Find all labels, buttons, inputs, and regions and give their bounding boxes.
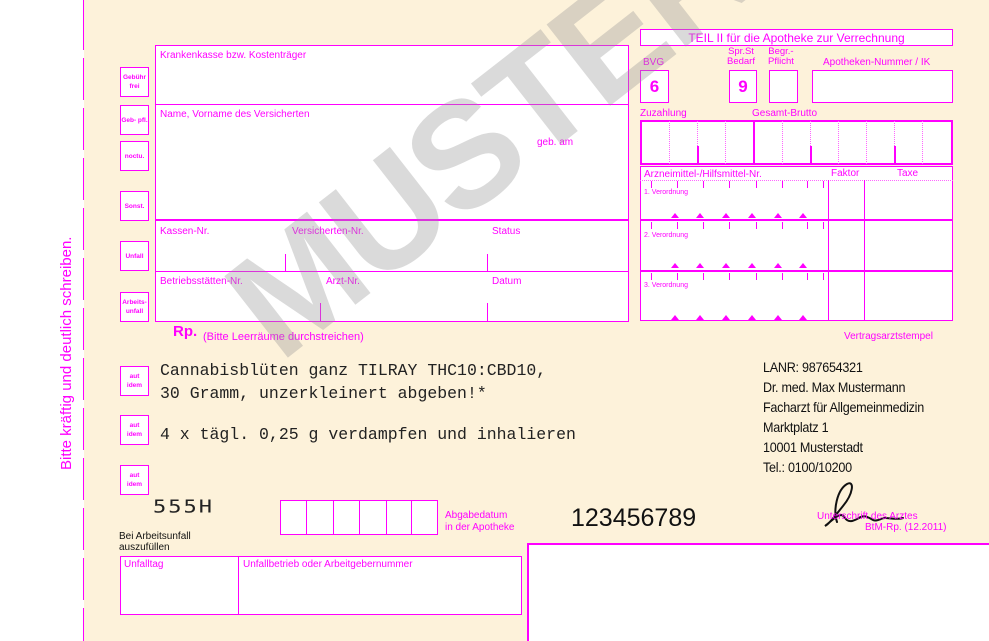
perforation-line [83,58,84,100]
verordnung-2-field[interactable]: 2. Verordnung [644,232,688,239]
perforation-line [83,458,84,500]
zuzahlung-label: Zuzahlung [640,108,687,119]
divider [729,181,730,188]
divider [697,146,699,164]
divider [359,500,360,535]
divider [487,254,488,271]
insurer-field[interactable]: Krankenkasse bzw. Kostenträger [160,50,306,61]
perforation-line [83,508,84,550]
marker [799,263,807,268]
checkbox-unfall[interactable]: Unfall [120,241,149,271]
divider [640,180,953,181]
checkbox-gebuehr-frei[interactable]: Gebühr frei [120,67,149,97]
divider [807,222,808,229]
divider [810,146,812,164]
rx-line-1: Cannabisblüten ganz TILRAY THC10:CBD10, [160,361,546,380]
form-version: BtM-Rp. (12.2011) [865,522,947,533]
divider [866,121,867,164]
divider [823,222,824,229]
marker [774,213,782,218]
datum-field[interactable]: Datum [492,276,521,287]
arzt-nr-field[interactable]: Arzt-Nr. [326,276,360,287]
divider [487,303,488,322]
dob-label: geb. am [537,137,573,148]
divider [320,303,321,322]
marker [696,263,704,268]
pharmacy-section-title: TEIL II für die Apotheke zur Verrechnung [640,29,953,46]
kassen-nr-field[interactable]: Kassen-Nr. [160,226,209,237]
versicherten-nr-field[interactable]: Versicherten-Nr. [292,226,364,237]
rx-label: Rp. [173,323,197,340]
arbeitsunfall-note: Bei Arbeitsunfall auszufüllen [119,531,191,553]
divider [729,222,730,229]
rx-line-3: 4 x tägl. 0,25 g verdampfen und inhalier… [160,425,576,444]
checkbox-sonst[interactable]: Sonst. [120,191,149,221]
perforation-line [83,358,84,400]
divider [411,500,412,535]
perforation-line [83,258,84,300]
unfalltag-field[interactable]: Unfalltag [124,559,163,570]
apotheken-nr-label: Apotheken-Nummer / IK [823,57,930,68]
begr-pflicht-label: Begr.- Pflicht [768,47,794,67]
unfallbetrieb-field[interactable]: Unfallbetrieb oder Arbeitgebernummer [243,559,413,570]
divider [823,181,824,188]
abgabedatum-label: Abgabedatum in der Apotheke [445,510,515,534]
divider [864,180,865,321]
divider [669,121,670,164]
side-instruction: Bitte kräftig und deutlich schreiben. [58,237,75,470]
divider [756,181,757,188]
divider [756,273,757,280]
divider [703,273,704,280]
stamp-specialty: Facharzt für Allgemeinmedizin [763,397,924,417]
stamp-lanr: LANR: 987654321 [763,357,924,377]
divider [703,181,704,188]
bvg-label: BVG [643,57,664,68]
divider [640,270,953,272]
stamp-street: Marktplatz 1 [763,417,924,437]
rx-line-2: 30 Gramm, unzerkleinert abgeben!* [160,384,487,403]
taxe-label: Taxe [897,168,918,179]
perforation-line [83,308,84,350]
perforation-line [83,208,84,250]
doctor-stamp: LANR: 987654321 Dr. med. Max Mustermann … [763,357,924,477]
verordnung-1-field[interactable]: 1. Verordnung [644,189,688,196]
divider [651,181,652,188]
gesamt-brutto-label: Gesamt-Brutto [752,108,817,119]
perforation-line [83,558,84,600]
marker [696,315,704,320]
stamp-city: 10001 Musterstadt [763,437,924,457]
divider [677,222,678,229]
divider [823,273,824,280]
stamp-phone: Tel.: 0100/10200 [763,457,924,477]
perforation-line [83,608,84,641]
vertragsarztstempel-label: Vertragsarztstempel [844,331,933,342]
signature-label: Unterschrift des Arztes [817,511,918,522]
marker [799,315,807,320]
divider [782,222,783,229]
sprst-label: Spr.St Bedarf [727,47,755,67]
apotheken-nr-field[interactable] [812,70,953,103]
divider [651,273,652,280]
serial-number: 123456789 [571,504,696,533]
aut-idem-checkbox-3[interactable]: aut idem [120,465,149,495]
arzneimittel-label: Arzneimittel-/Hilfsmittel-Nr. [644,169,762,180]
status-field[interactable]: Status [492,226,520,237]
sprst-bedarf-field[interactable]: 9 [729,70,757,103]
marker [722,315,730,320]
marker [748,263,756,268]
marker [671,263,679,268]
divider [651,222,652,229]
divider [703,222,704,229]
divider [677,273,678,280]
divider [285,254,286,271]
marker [774,315,782,320]
insured-name-field[interactable]: Name, Vorname des Versicherten [160,109,310,120]
checkbox-arbeitsunfall[interactable]: Arbeits- unfall [120,292,149,322]
aut-idem-checkbox-2[interactable]: aut idem [120,415,149,445]
marker [671,213,679,218]
divider [782,181,783,188]
aut-idem-checkbox-1[interactable]: aut idem [120,366,149,396]
bvg-field[interactable]: 6 [640,70,669,103]
marker [696,213,704,218]
divider [828,180,829,321]
divider [677,181,678,188]
marker [722,263,730,268]
checkbox-noctu[interactable]: noctu. [120,141,149,171]
faktor-label: Faktor [831,168,859,179]
divider [386,500,387,535]
begr-pflicht-field[interactable] [769,70,798,103]
divider [782,273,783,280]
divider [922,121,923,164]
perforation-line [83,158,84,200]
betriebsstaetten-nr-field[interactable]: Betriebsstätten-Nr. [160,276,243,287]
divider [155,219,629,221]
checkbox-geb-pfl[interactable]: Geb- pfl. [120,105,149,135]
divider [894,146,896,164]
amount-grid[interactable] [640,120,953,165]
divider [753,121,755,164]
marker [748,315,756,320]
divider [782,121,783,164]
divider [807,181,808,188]
marker [774,263,782,268]
divider [333,500,334,535]
stamp-doctor-name: Dr. med. Max Mustermann [763,377,924,397]
marker [799,213,807,218]
divider [838,121,839,164]
divider [238,556,239,615]
perforation-line [83,108,84,150]
perforation-line [83,0,84,50]
divider [725,121,726,164]
divider [640,219,953,221]
form-cutout [527,543,989,641]
marker [748,213,756,218]
code-number: 555H [153,498,214,518]
marker [722,213,730,218]
divider [729,273,730,280]
perforation-line [83,408,84,450]
verordnung-3-field[interactable]: 3. Verordnung [644,282,688,289]
divider [155,271,629,272]
divider [306,500,307,535]
rx-hint: (Bitte Leerräume durchstreichen) [203,331,364,343]
divider [155,104,629,105]
divider [807,273,808,280]
marker [671,315,679,320]
divider [756,222,757,229]
